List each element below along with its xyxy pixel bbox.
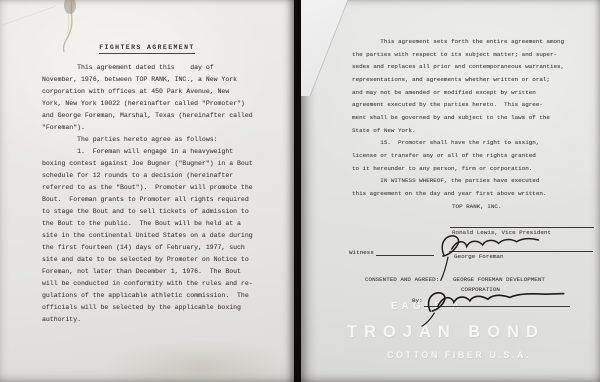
witness-signature-line (376, 255, 434, 256)
witness-label: Witness (349, 249, 374, 256)
text-line: This agreement sets forth the entire agr… (352, 36, 597, 49)
text-line: the parties with respect to its subject … (352, 49, 597, 62)
text-line: State of New York. (352, 125, 597, 138)
text-line: officials will be selected by the applic… (42, 302, 292, 314)
text-line: license or transfer any or all of the ri… (352, 150, 597, 163)
text-line: site in the continental United States on… (42, 230, 292, 242)
document-title: FIGHTERS AGREEMENT (0, 44, 294, 51)
by-label: By: (412, 297, 423, 304)
text-line: the Bout to the public. The Bout will be… (42, 218, 292, 230)
contract-page-1: FIGHTERS AGREEMENT This agreement dated … (0, 0, 294, 382)
paper-watermark-name: TROJAN BOND (347, 323, 545, 342)
text-line: authority. (42, 314, 292, 326)
scanned-contract-photo: FIGHTERS AGREEMENT This agreement dated … (0, 0, 600, 382)
page2-body-text: This agreement sets forth the entire agr… (352, 36, 597, 201)
text-line: corporation with offices at 450 Park Ave… (42, 86, 292, 98)
text-line: boxing contest against Joe Bugner ("Bugn… (42, 158, 292, 170)
text-line: November, 1976, between TOP RANK, INC., … (42, 74, 292, 86)
text-line: 15. Promoter shall have the right to ass… (352, 137, 597, 150)
text-line: to it hereunder to any person, firm or c… (352, 163, 597, 176)
text-line: agreement executed by the parties hereto… (352, 99, 597, 112)
company-name: TOP RANK, INC. (452, 203, 502, 210)
text-line: this agreement on the day and year first… (352, 188, 597, 201)
text-line: the first fourteen (14) days of February… (42, 242, 292, 254)
text-line: to stage the Bout and to sell tickets of… (42, 206, 292, 218)
text-line: Bout. Foreman grants to Promoter all rig… (42, 194, 292, 206)
text-line: will be conducted in conformity with the… (42, 278, 292, 290)
text-line: referred to as the "Bout"). Promoter wil… (42, 182, 292, 194)
text-line: This agreement dated this day of (42, 62, 292, 74)
by-signature-line (424, 306, 570, 307)
fighter-name-label: George Foreman (454, 253, 504, 260)
text-line: Foreman, not later than December 1, 1976… (42, 266, 292, 278)
text-line: site and date to be selected by Promoter… (42, 254, 292, 266)
text-line: "Foreman"). (42, 122, 292, 134)
text-line: gulations of the applicable athletic com… (42, 290, 292, 302)
officer-signature-line (450, 227, 594, 228)
text-line: schedule for 12 rounds to a decision (he… (42, 170, 292, 182)
consent-company-line2: CORPORATION (461, 286, 500, 293)
consent-company-line1: GEORGE FOREMAN DEVELOPMENT (453, 276, 545, 283)
text-line: 1. Foreman will engage in a heavyweight (42, 146, 292, 158)
text-line: York, New York 10022 (hereinafter called… (42, 98, 292, 110)
text-line: IN WITNESS WHEREOF, the parties have exe… (352, 175, 597, 188)
text-line: ment shall be governed by and subject to… (352, 112, 597, 125)
consented-agreed-label: CONSENTED AND AGREED: (365, 276, 439, 283)
text-line: sedes and replaces all prior and contemp… (352, 61, 597, 74)
contract-page-2: EAGLE A TROJAN BOND COTTON FIBER U.S.A. … (301, 0, 600, 382)
text-line: and may not be amended or modified excep… (352, 87, 597, 100)
paper-watermark-fiber: COTTON FIBER U.S.A. (387, 350, 531, 360)
page1-body-text: This agreement dated this day ofNovember… (42, 62, 292, 326)
text-line: The parties hereto agree as follows: (42, 134, 292, 146)
text-line: and George Foreman, Marshal, Texas (here… (42, 110, 292, 122)
officer-name-label: Ronald Lewis, Vice President (452, 229, 551, 236)
text-line: representations, and agreements whether … (352, 74, 597, 87)
